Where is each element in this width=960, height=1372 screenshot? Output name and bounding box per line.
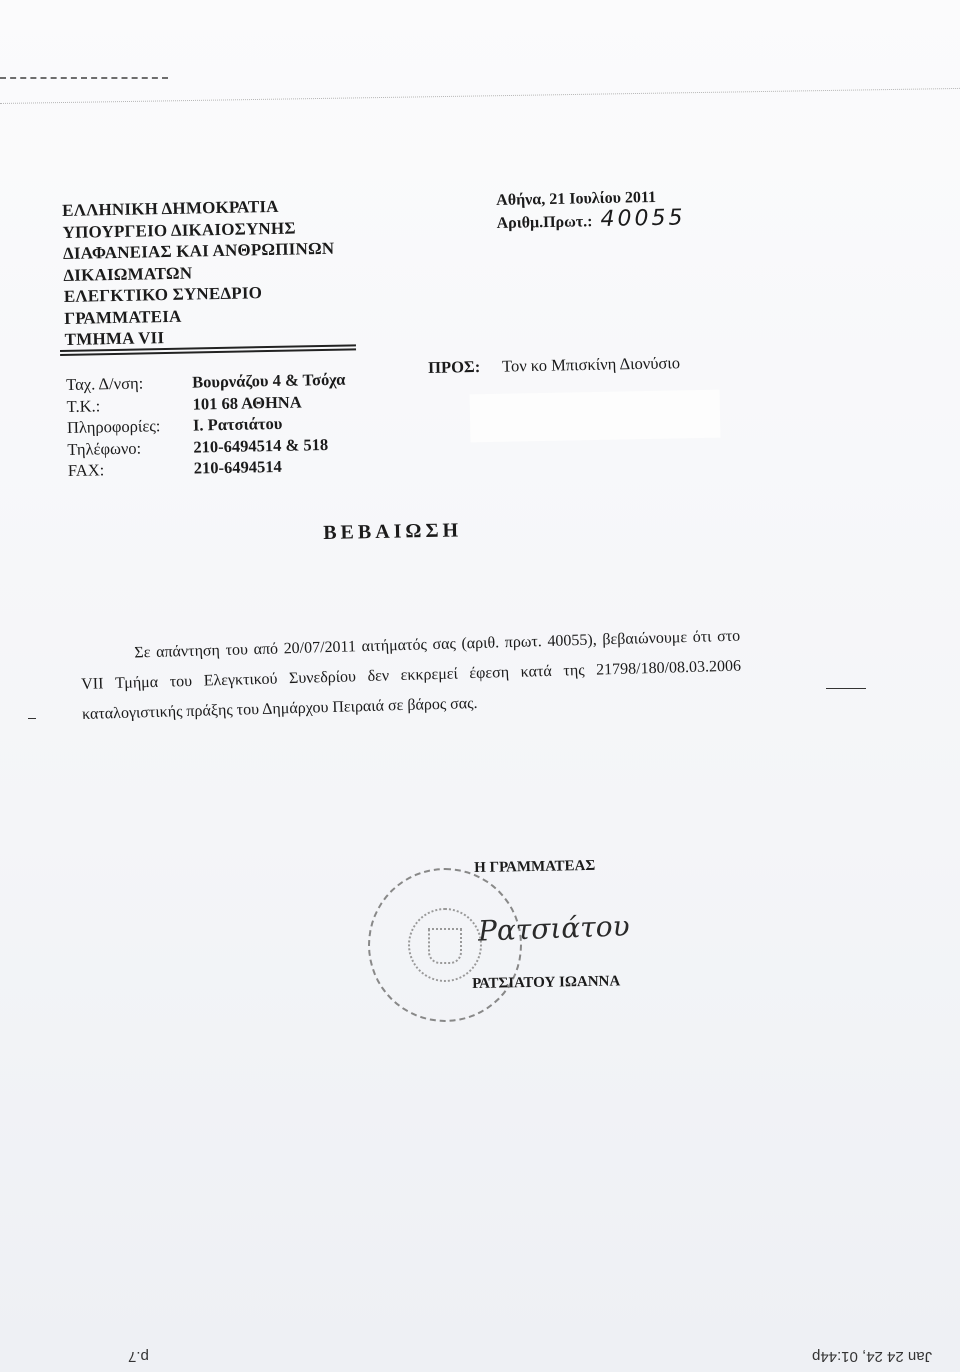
scan-artifact-line [28,718,36,719]
coat-of-arms-icon [428,928,462,964]
document-title: ΒΕΒΑΙΩΣΗ [323,519,462,545]
fax-page-number: p.7 [128,1348,149,1365]
fax-timestamp: Jan 24 24, 01:44p [812,1348,932,1365]
protocol-label: Αριθμ.Πρωτ.: [496,213,592,232]
scan-artifact-dash [0,77,168,79]
signatory-name: ΡΑΤΣΙΑΤΟΥ ΙΩΑΝΝΑ [472,973,620,993]
signatory-title: Η ΓΡΑΜΜΑΤΕΑΣ [474,858,595,877]
contact-value: Βουρνάζου 4 & Τσόχα [192,369,346,393]
contact-info: Ταχ. Δ/νση: Βουρνάζου 4 & Τσόχα Τ.Κ.: 10… [66,369,347,482]
redacted-area [470,390,721,443]
date-block: Αθήνα, 21 Ιουλίου 2011 Αριθμ.Πρωτ.:40055 [496,186,686,234]
contact-label: Πληροφορίες: [67,415,193,439]
body-paragraph: Σε απάντηση του από 20/07/2011 αιτήματός… [80,622,742,730]
recipient-label: ΠΡΟΣ: [428,357,480,377]
scanned-page: ΕΛΛΗΝΙΚΗ ΔΗΜΟΚΡΑΤΙΑ ΥΠΟΥΡΓΕΙΟ ΔΙΚΑΙΟΣΥΝΗ… [0,0,960,1372]
body-text: Σε απάντηση του από 20/07/2011 αιτήματός… [80,622,742,730]
contact-value: 210-6494514 & 518 [193,433,328,457]
contact-value: Ι. Ρατσιάτου [193,413,283,436]
contact-label: Ταχ. Δ/νση: [66,372,192,396]
protocol-number-handwritten: 40055 [600,205,685,232]
recipient: ΠΡΟΣ: Τον κο Μπισκίνη Διονύσιο [428,353,680,378]
scan-artifact-dots [0,88,960,104]
contact-label: Τηλέφωνο: [67,436,193,460]
contact-value: 101 68 ΑΘΗΝΑ [192,391,301,415]
contact-label: Τ.Κ.: [66,393,192,417]
contact-value: 210-6494514 [194,456,282,479]
contact-row-fax: FAX: 210-6494514 [68,455,348,482]
contact-label: FAX: [68,458,194,482]
sender-header: ΕΛΛΗΝΙΚΗ ΔΗΜΟΚΡΑΤΙΑ ΥΠΟΥΡΓΕΙΟ ΔΙΚΑΙΟΣΥΝΗ… [62,195,336,351]
handwritten-signature: Ρατσιάτου [477,909,630,947]
protocol-row: Αριθμ.Πρωτ.:40055 [496,207,685,234]
recipient-name: Τον κο Μπισκίνη Διονύσιο [502,353,680,375]
scan-artifact-line [826,688,866,689]
